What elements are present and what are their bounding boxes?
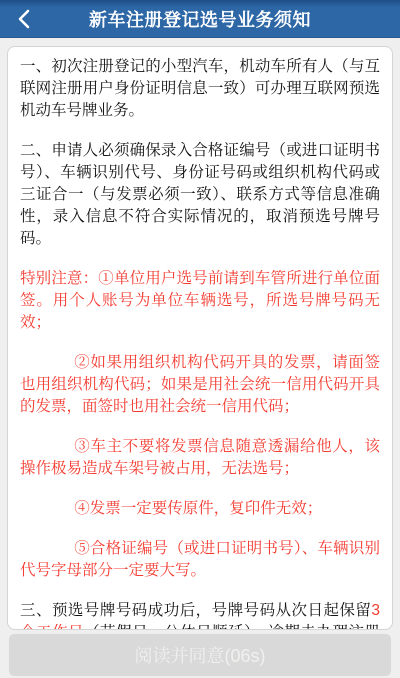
- notice-card[interactable]: 一、初次注册登记的小型汽车，机动车所有人（与互联网注册用户身份证明信息一致）可办…: [7, 46, 393, 630]
- paragraph-text: 三、预选号牌号码成功后，号牌号码从次日起保留: [20, 602, 371, 619]
- paragraph-text: 特别注意：①单位用户选号前请到车管所进行单位面签。用个人账号为单位车辆选号，所选…: [20, 270, 380, 331]
- notice-paragraph-note-3: ③车主不要将发票信息随意透漏给他人，该操作极易造成车架号被占用，无法选号；: [20, 436, 380, 480]
- agree-button[interactable]: 阅读并同意(06s): [9, 634, 391, 676]
- paragraph-text: ④发票一定要传原件，复印件无效；: [74, 500, 322, 517]
- back-button[interactable]: [6, 0, 42, 37]
- back-chevron-icon: [16, 8, 32, 30]
- notice-paragraph-3: 三、预选号牌号码成功后，号牌号码从次日起保留3个工作日（节假日、公休日顺延），逾…: [20, 600, 380, 630]
- paragraph-text: 二、申请人必须确保录入合格证编号（或进口证明书号）、车辆识别代号、身份证号码或组…: [20, 142, 380, 247]
- paragraph-text: ②如果用组织机构代码开具的发票，请面签也用组织机构代码；如果是用社会统一信用代码…: [20, 354, 380, 415]
- paragraph-text: ⑤合格证编号（或进口证明书号）、车辆识别代号字母部分一定要大写。: [20, 540, 380, 579]
- notice-paragraph-1: 一、初次注册登记的小型汽车，机动车所有人（与互联网注册用户身份证明信息一致）可办…: [20, 56, 380, 122]
- notice-paragraph-note-4: ④发票一定要传原件，复印件无效；: [20, 498, 380, 520]
- notice-paragraph-2: 二、申请人必须确保录入合格证编号（或进口证明书号）、车辆识别代号、身份证号码或组…: [20, 140, 380, 250]
- paragraph-text: ③车主不要将发票信息随意透漏给他人，该操作极易造成车架号被占用，无法选号；: [20, 438, 380, 477]
- notice-screen: 新车注册登记选号业务须知 一、初次注册登记的小型汽车，机动车所有人（与互联网注册…: [0, 0, 400, 678]
- notice-paragraph-note-2: ②如果用组织机构代码开具的发票，请面签也用组织机构代码；如果是用社会统一信用代码…: [20, 352, 380, 418]
- page-title: 新车注册登记选号业务须知: [89, 6, 311, 32]
- notice-paragraph-special-note: 特别注意：①单位用户选号前请到车管所进行单位面签。用个人账号为单位车辆选号，所选…: [20, 268, 380, 334]
- notice-paragraph-note-5: ⑤合格证编号（或进口证明书号）、车辆识别代号字母部分一定要大写。: [20, 538, 380, 582]
- paragraph-text: 一、初次注册登记的小型汽车，机动车所有人（与互联网注册用户身份证明信息一致）可办…: [20, 58, 380, 119]
- app-header: 新车注册登记选号业务须知: [0, 0, 400, 38]
